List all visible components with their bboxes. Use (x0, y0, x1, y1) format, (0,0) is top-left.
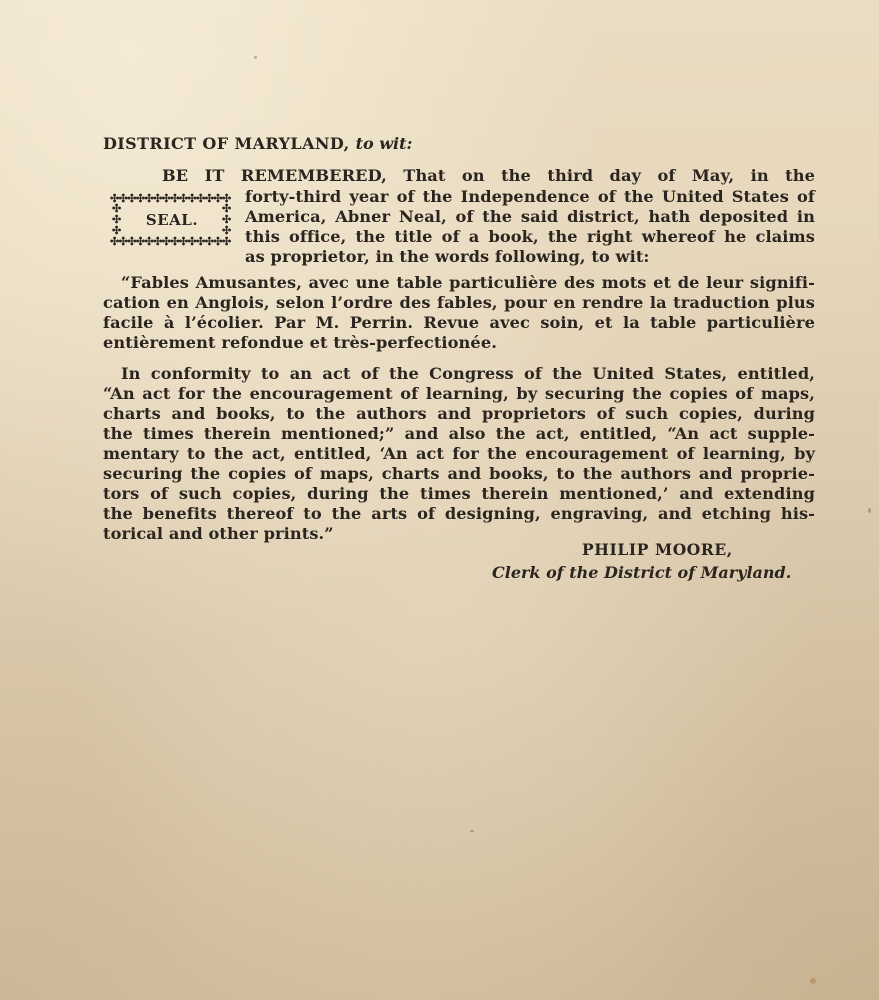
seal-border-bottom: ✣✣✣✣✣✣✣✣✣✣✣✣✣✣ (110, 236, 234, 247)
paragraph-2-line: “Fables Amusantes, avec une table partic… (121, 273, 815, 293)
paragraph-2-line: cation en Anglois, selon l’ordre des fab… (103, 293, 815, 313)
paragraph-3-line: torical and other prints.” (103, 524, 334, 544)
paragraph-3-line: securing the copies of maps, charts and … (103, 464, 815, 484)
seal-label: SEAL. (110, 211, 234, 229)
signature-title: Clerk of the District of Maryland. (492, 563, 791, 583)
paragraph-2-line: entièrement refondue et très-perfectioné… (103, 333, 497, 353)
paragraph-3-line: the benefits thereof to the arts of desi… (103, 504, 815, 524)
seal-border-top: ✣✣✣✣✣✣✣✣✣✣✣✣✣✣ (110, 193, 234, 204)
signature-name: PHILIP MOORE, (582, 540, 733, 560)
paragraph-1-line: this office, the title of a book, the ri… (245, 227, 815, 247)
paper-speck (254, 56, 257, 59)
paragraph-3-line: “An act for the encouragement of learnin… (103, 384, 815, 404)
paragraph-1-line: America, Abner Neal, of the said distric… (245, 207, 815, 227)
seal-box: ✣✣✣✣✣✣✣✣✣✣✣✣✣✣ ✣✣✣ SEAL. ✣✣✣ ✣✣✣✣✣✣✣✣✣✣✣… (110, 193, 234, 247)
paper-speck (868, 508, 871, 513)
paper-speck (470, 830, 474, 832)
seal-border-right: ✣✣✣ (222, 203, 232, 236)
paragraph-1-line: as proprietor, in the words following, t… (245, 247, 649, 267)
paragraph-3-line: the times therein mentioned;” and also t… (103, 424, 815, 444)
paragraph-2-line: facile à l’écolier. Par M. Perrin. Revue… (103, 313, 815, 333)
paragraph-3-line: tors of such copies, during the times th… (103, 484, 815, 504)
heading: DISTRICT OF MARYLAND, to wit: (103, 134, 412, 154)
paper-speck (810, 978, 816, 984)
heading-italic: to wit: (356, 134, 413, 153)
paragraph-3-line: mentary to the act, entitled, ‘An act fo… (103, 444, 815, 464)
paragraph-3-line: In conformity to an act of the Congress … (121, 364, 815, 384)
heading-main: DISTRICT OF MARYLAND, (103, 134, 350, 153)
paragraph-1-line: forty-third year of the Independence of … (245, 187, 815, 207)
paragraph-1-line: BE IT REMEMBERED, That on the third day … (162, 166, 815, 186)
paragraph-3-line: charts and books, to the authors and pro… (103, 404, 815, 424)
document-page: DISTRICT OF MARYLAND, to wit: ✣✣✣✣✣✣✣✣✣✣… (0, 0, 879, 1000)
